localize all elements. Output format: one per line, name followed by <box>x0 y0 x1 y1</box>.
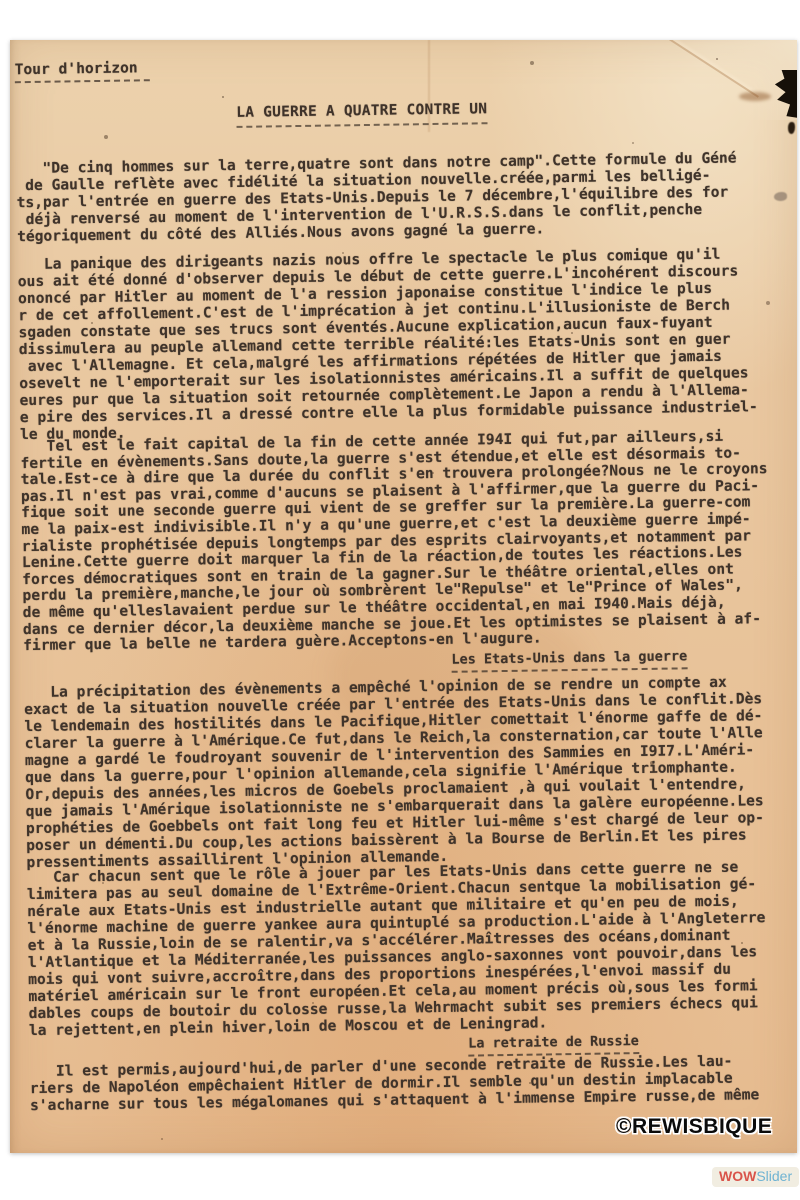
paragraph-nazi-panic: La panique des dirigeants nazis nous off… <box>17 245 758 443</box>
section-heading-russia: La retraite de Russie <box>468 1033 639 1057</box>
wowslider-badge-slider: Slider <box>756 1168 792 1184</box>
section-heading-usa: Les Etats-Unis dans la guerre <box>451 648 687 672</box>
wowslider-badge[interactable]: WOWSlider <box>712 1167 799 1187</box>
paper-smudge <box>739 92 771 101</box>
wowslider-badge-wow: WOW <box>719 1168 756 1184</box>
paragraph-usa-entry: La précipitation des évènements a empêch… <box>24 673 765 871</box>
document-rubric: Tour d'horizon <box>15 59 150 83</box>
scanned-document-page: Tour d'horizon LA GUERRE A QUATRE CONTRE… <box>10 40 797 1153</box>
paragraph-intro: "De cinq hommes sur la terre,quatre sont… <box>16 150 738 246</box>
paragraph-one-war: Tel est le fait capital de la fin de cet… <box>20 428 770 655</box>
paragraph-us-mobilization: Car chacun sent que le rôle à jouer par … <box>27 858 767 1039</box>
page-background: Tour d'horizon LA GUERRE A QUATRE CONTRE… <box>0 0 800 1200</box>
document-title: LA GUERRE A QUATRE CONTRE UN <box>236 101 487 128</box>
paper-smudge-small <box>774 192 787 201</box>
paragraph-russia-retreat: Il est permis,aujourd'hui,de parler d'un… <box>29 1052 759 1114</box>
typewritten-text-layer: Tour d'horizon LA GUERRE A QUATRE CONTRE… <box>10 40 797 1153</box>
copyright-watermark: ©REWISBIQUE <box>616 1114 772 1140</box>
